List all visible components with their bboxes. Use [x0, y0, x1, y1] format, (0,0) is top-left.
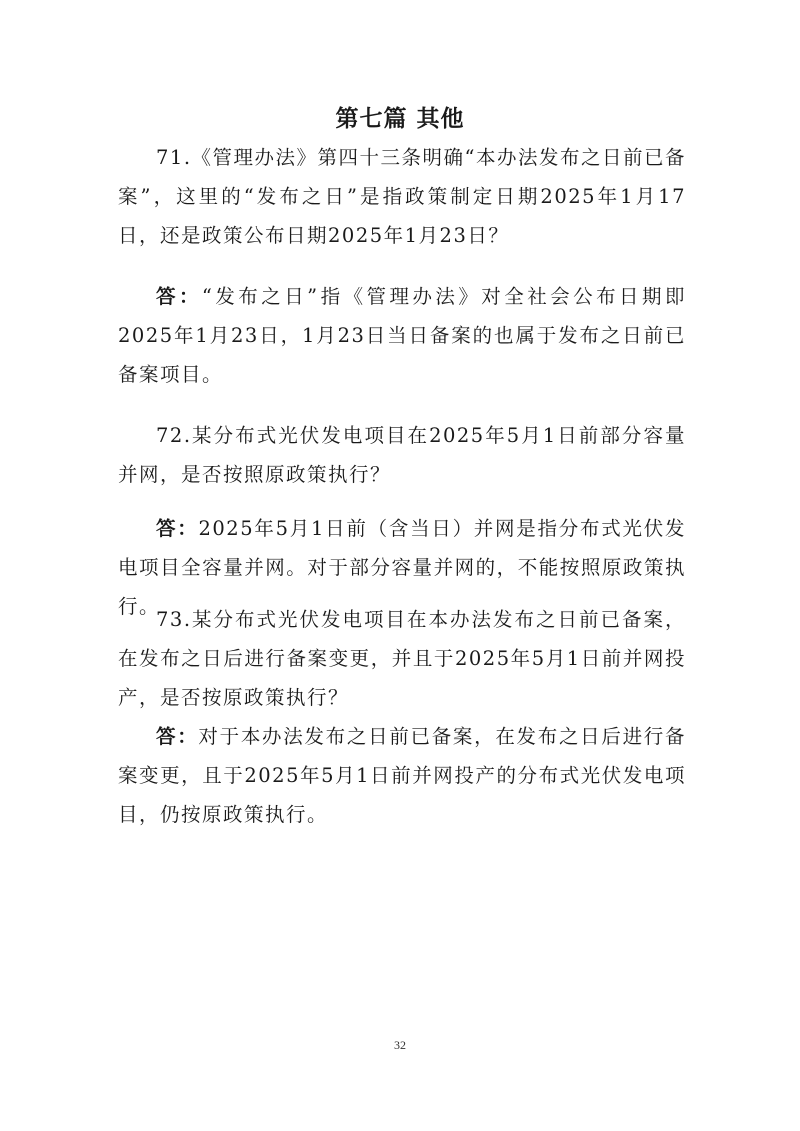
answer-text: “发布之日”指《管理办法》对全社会公布日期即2025年1月23日，1月23日当日… — [118, 285, 686, 386]
section-title: 第七篇 其他 — [0, 100, 800, 133]
answer-label: 答： — [156, 725, 198, 748]
question-71: 71.《管理办法》第四十三条明确“本办法发布之日前已备案”，这里的“发布之日”是… — [118, 138, 686, 255]
answer-label: 答： — [156, 285, 202, 308]
answer-text: 对于本办法发布之日前已备案，在发布之日后进行备案变更，且于2025年5月1日前并… — [118, 725, 686, 826]
answer-label: 答： — [156, 517, 198, 540]
question-73: 73.某分布式光伏发电项目在本办法发布之日前已备案，在发布之日后进行备案变更，并… — [118, 600, 686, 717]
question-72: 72.某分布式光伏发电项目在2025年5月1日前部分容量并网，是否按照原政策执行… — [118, 416, 686, 494]
answer-73: 答：对于本办法发布之日前已备案，在发布之日后进行备案变更，且于2025年5月1日… — [118, 717, 686, 834]
answer-71: 答：“发布之日”指《管理办法》对全社会公布日期即2025年1月23日，1月23日… — [118, 277, 686, 394]
page-number: 32 — [0, 1038, 800, 1053]
